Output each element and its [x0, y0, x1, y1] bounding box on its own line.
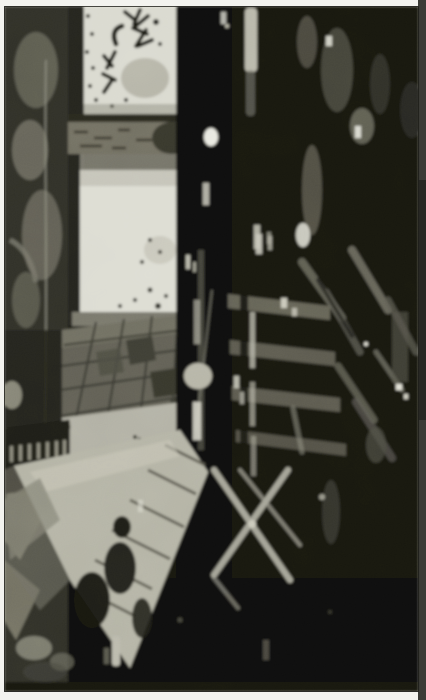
film-grain-overlay — [4, 6, 419, 692]
photo-canvas — [0, 0, 426, 700]
degraded-photograph — [0, 0, 426, 700]
scan-edge-right — [418, 0, 426, 700]
page — [0, 0, 426, 700]
